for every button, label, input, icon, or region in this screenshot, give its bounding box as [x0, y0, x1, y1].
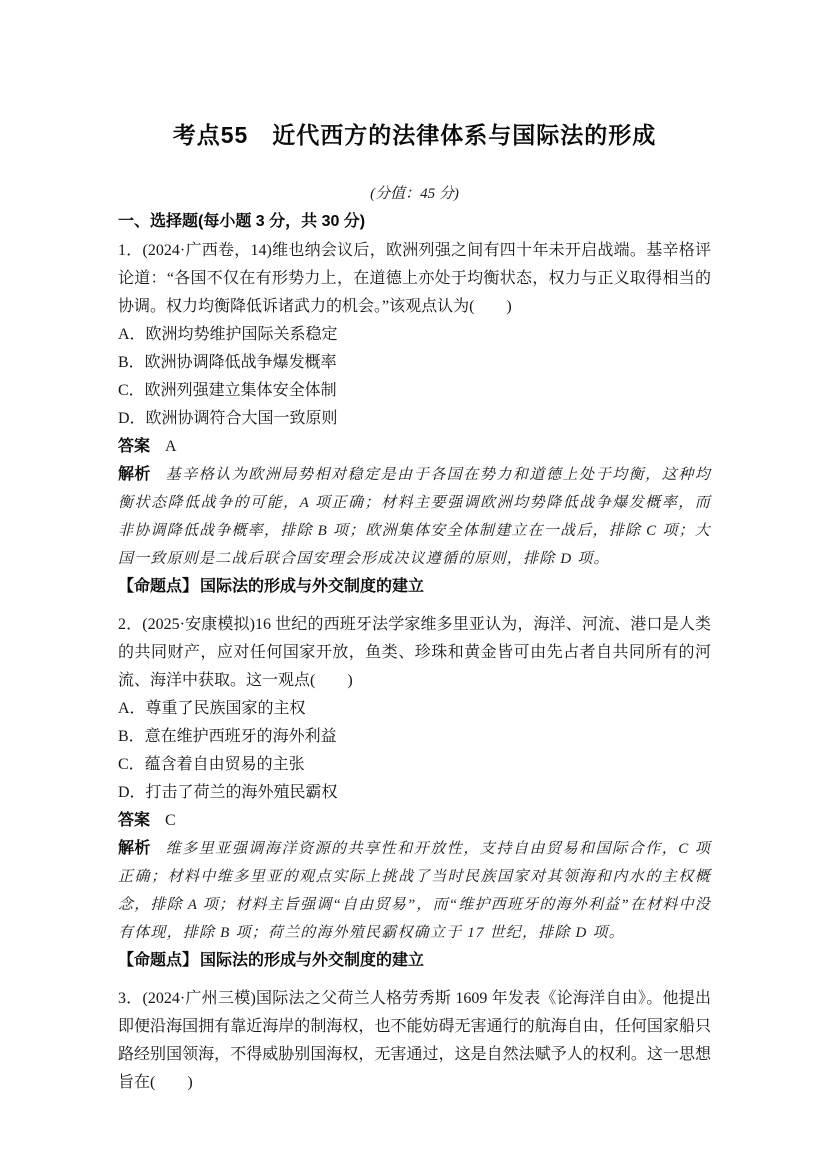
question-3-stem: 3．(2024·广州三模)国际法之父荷兰人格劳秀斯 1609 年发表《论海洋自由…	[118, 985, 711, 1097]
question-3: 3．(2024·广州三模)国际法之父荷兰人格劳秀斯 1609 年发表《论海洋自由…	[118, 985, 711, 1097]
question-1-option-b: B．欧洲协调降低战争爆发概率	[118, 349, 711, 377]
analysis-label: 解析	[118, 840, 151, 857]
question-2: 2．(2025·安康模拟)16 世纪的西班牙法学家维多里亚认为，海洋、河流、港口…	[118, 611, 711, 975]
topic-point-label: 【命题点】	[118, 578, 198, 595]
analysis-label: 解析	[118, 466, 151, 483]
question-2-option-d: D．打击了荷兰的海外殖民霸权	[118, 779, 711, 807]
question-1-option-d: D．欧洲协调符合大国一致原则	[118, 405, 711, 433]
question-2-answer-value: C	[165, 812, 176, 829]
answer-label: 答案	[118, 812, 150, 829]
section-heading: 一、选择题(每小题 3 分，共 30 分)	[118, 211, 711, 232]
question-1-topic-text: 国际法的形成与外交制度的建立	[200, 578, 424, 595]
question-2-analysis-text: 维多里亚强调海洋资源的共享性和开放性，支持自由贸易和国际合作，C 项正确；材料中…	[118, 841, 711, 941]
question-1-analysis-row: 解析基辛格认为欧洲局势相对稳定是由于各国在势力和道德上处于均衡，这种均衡状态降低…	[118, 461, 711, 573]
question-1: 1．(2024·广西卷，14)维也纳会议后，欧洲列强之间有四十年未开启战端。基辛…	[118, 237, 711, 601]
question-2-option-b: B．意在维护西班牙的海外利益	[118, 723, 711, 751]
question-2-option-c: C．蕴含着自由贸易的主张	[118, 751, 711, 779]
question-1-option-a: A．欧洲均势维护国际关系稳定	[118, 321, 711, 349]
worksheet-page: 考点55 近代西方的法律体系与国际法的形成 (分值：45 分) 一、选择题(每小…	[0, 0, 827, 1169]
question-1-answer-value: A	[165, 438, 177, 455]
answer-label: 答案	[118, 438, 150, 455]
question-1-option-c: C．欧洲列强建立集体安全体制	[118, 377, 711, 405]
question-2-answer-row: 答案C	[118, 807, 711, 835]
question-1-topic-row: 【命题点】国际法的形成与外交制度的建立	[118, 573, 711, 601]
topic-point-label: 【命题点】	[118, 952, 198, 969]
question-2-topic-text: 国际法的形成与外交制度的建立	[200, 952, 424, 969]
page-title: 考点55 近代西方的法律体系与国际法的形成	[118, 121, 711, 150]
question-1-stem: 1．(2024·广西卷，14)维也纳会议后，欧洲列强之间有四十年未开启战端。基辛…	[118, 237, 711, 321]
question-2-topic-row: 【命题点】国际法的形成与外交制度的建立	[118, 947, 711, 975]
score-line: (分值：45 分)	[118, 184, 711, 204]
question-2-stem: 2．(2025·安康模拟)16 世纪的西班牙法学家维多里亚认为，海洋、河流、港口…	[118, 611, 711, 695]
question-1-analysis-text: 基辛格认为欧洲局势相对稳定是由于各国在势力和道德上处于均衡，这种均衡状态降低战争…	[118, 467, 711, 567]
question-1-answer-row: 答案A	[118, 433, 711, 461]
question-2-option-a: A．尊重了民族国家的主权	[118, 695, 711, 723]
question-2-analysis-row: 解析维多里亚强调海洋资源的共享性和开放性，支持自由贸易和国际合作，C 项正确；材…	[118, 835, 711, 947]
